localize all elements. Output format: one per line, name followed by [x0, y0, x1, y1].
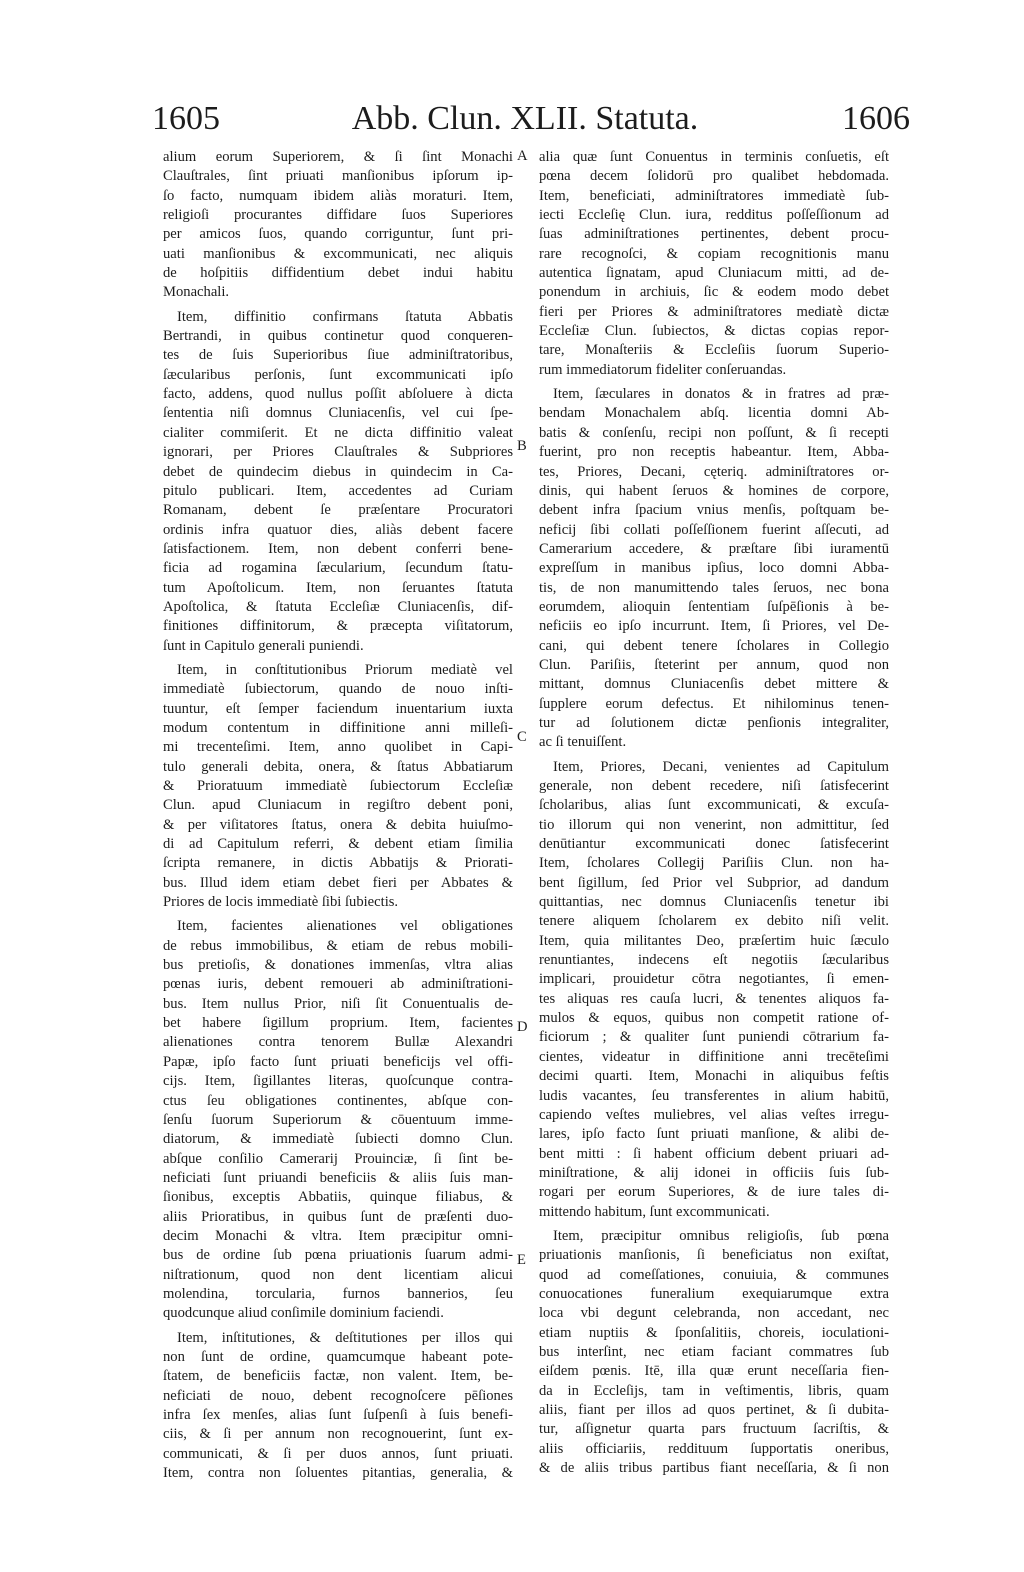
text-line: loca vbi degunt celebranda, non accedant…: [539, 1304, 889, 1323]
text-line-content: pitulo publicari. Item, accedentes ad Cu…: [163, 482, 513, 501]
text-line: pœnas iuris, debent remoueri ab adminiſt…: [163, 975, 513, 994]
page-number-right: 1606: [842, 100, 910, 138]
text-line: niſtrationum, quod non dent licentiam al…: [163, 1266, 513, 1285]
text-line-content: quodcunque aliud conſimile dominium faci…: [163, 1304, 513, 1323]
text-line: di ad Capitulum referri, & debent etiam …: [163, 835, 513, 854]
text-line-content: fieri per Priores & adminiſtratores medi…: [539, 303, 889, 322]
text-line: quod ad comeſſationes, conuiuia, & commu…: [539, 1266, 889, 1285]
text-line-content: infra ſex menſes, alias ſunt ſuſpenſi à …: [163, 1406, 513, 1425]
text-line-content: per amicos ſuos, quando corriguntur, ſun…: [163, 225, 513, 244]
text-line: Bertrandi, in quibus continetur quod con…: [163, 327, 513, 346]
text-line: uati manſionibus & excommunicati, nec al…: [163, 245, 513, 264]
text-line-content: immediatè ſubiectorum, quando de nouo in…: [163, 680, 513, 699]
text-line-content: mulos & equos, quibus non competit ratio…: [539, 1009, 889, 1028]
text-line: Priores de locis immediatè ſibi ſubiecti…: [163, 893, 513, 912]
text-line-content: ſententia niſi domnus Cluniacenſis, vel …: [163, 404, 513, 423]
text-line-content: abſque conſilio Camerarij Prouinciæ, ſi …: [163, 1150, 513, 1169]
text-line: iecti Eccleſię Clun. iura, redditus poſſ…: [539, 206, 889, 225]
text-line: generale, non debent recedere, niſi ſati…: [539, 777, 889, 796]
text-line-content: tur, aſſignetur quarta pars fructuum ſac…: [539, 1420, 889, 1439]
text-line-content: loca vbi degunt celebranda, non accedant…: [539, 1304, 889, 1323]
text-line-content: alium eorum Superiorem, & ſi ſint Monach…: [163, 148, 513, 167]
text-line-content: ordinis infra quatuor dies, aliàs debent…: [163, 521, 513, 540]
text-line-content: mittant, domnus Cluniacenſis debet mitte…: [539, 675, 889, 694]
text-line-content: decim Monachi & vltra. Item præcipitur o…: [163, 1227, 513, 1246]
text-line: facto, addens, quod nullus poſſit abſolu…: [163, 385, 513, 404]
running-header: 1605 Abb. Clun. XLII. Statuta. 1606: [140, 88, 910, 138]
text-line-content: bus interſint, nec etiam faciant commatr…: [539, 1343, 889, 1362]
text-line: ſatisfactionem. Item, non debent conferr…: [163, 540, 513, 559]
text-line-content: Camerarium accedere, & præſtare ſibi iur…: [539, 540, 889, 559]
text-line-content: aliis Prioratibus, in quibus ſunt de præ…: [163, 1208, 513, 1227]
text-line: ſunt in Capitulo generali puniendi.: [163, 637, 513, 656]
text-line-content: pœnas iuris, debent remoueri ab adminiſt…: [163, 975, 513, 994]
text-line: & Prioratuum immediatè ſubiectorum Eccle…: [163, 777, 513, 796]
text-line-content: rare recognoſci, & copiam recognitionis …: [539, 245, 889, 264]
text-line-content: neficiati de nouo, debent recognoſcere p…: [163, 1387, 513, 1406]
text-line-content: iecti Eccleſię Clun. iura, redditus poſſ…: [539, 206, 889, 225]
text-line: neficij ſibi collati poſſeſſionem fuerin…: [539, 521, 889, 540]
text-line-content: tuuntur, eſt ſemper faciendum inuentariu…: [163, 700, 513, 719]
text-line: rare recognoſci, & copiam recognitionis …: [539, 245, 889, 264]
text-line: bent mitti : ſi habent officium debent p…: [539, 1145, 889, 1164]
text-line: & de aliis tribus partibus fiant neceſſa…: [539, 1459, 889, 1478]
text-line-content: bus pretioſis, & donationes immenſas, vl…: [163, 956, 513, 975]
text-line: ctus ſeu obligationes continentes, abſqu…: [163, 1092, 513, 1111]
text-line: ſenſu ſuorum Superiorum & cōuentuum imme…: [163, 1111, 513, 1130]
text-line: molendina, torcularia, furnos bannerios,…: [163, 1285, 513, 1304]
text-line: rogari per eorum Superiores, & de iure t…: [539, 1183, 889, 1202]
text-line: communicati, & ſi per duos annos, ſunt p…: [163, 1445, 513, 1464]
text-line: quittantias, nec domnus Cluniacenſis ten…: [539, 893, 889, 912]
text-line-content: non ſunt de ordine, quamcumque habeant p…: [163, 1348, 513, 1367]
text-line-content: Romanam, debent ſe præſentare Procurator…: [163, 501, 513, 520]
text-line-content: ſæcularibus perſonis, ſunt excommunicati…: [163, 366, 513, 385]
text-line: mi trecenteſimi. Item, anno quolibet in …: [163, 738, 513, 757]
text-line: bent ſigillum, ſed Prior vel Subprior, a…: [539, 874, 889, 893]
text-line: pitulo publicari. Item, accedentes ad Cu…: [163, 482, 513, 501]
text-line: Item, in conſtitutionibus Priorum mediat…: [163, 661, 513, 680]
text-line: neficiati ſunt priuandi beneficiis & ali…: [163, 1169, 513, 1188]
text-line: ſcholaribus, alias ſunt excommunicati, &…: [539, 796, 889, 815]
text-line-content: debent infra ſpacium vnius menſis, poſtq…: [539, 501, 889, 520]
text-line: tio illorum qui non venerint, non admitt…: [539, 816, 889, 835]
text-line: ſtatem, de beneficiis factæ, non valent.…: [163, 1367, 513, 1386]
text-line: abſque conſilio Camerarij Prouinciæ, ſi …: [163, 1150, 513, 1169]
text-line: Monachali.: [163, 283, 513, 302]
text-line-content: bet habere ſigillum proprium. Item, faci…: [163, 1014, 513, 1033]
text-line-content: bus de ordine ſub pœna priuationis ſuaru…: [163, 1246, 513, 1265]
text-line-content: ſcholaribus, alias ſunt excommunicati, &…: [539, 796, 889, 815]
text-line: Eccleſiæ Clun. ſubiectos, & dictas copia…: [539, 322, 889, 341]
text-line: tes, Priores, Decani, cęteriq. adminiſtr…: [539, 463, 889, 482]
text-line-content: Item, inſtitutiones, & deſtitutiones per…: [163, 1329, 513, 1348]
text-line-content: ſunt in Capitulo generali puniendi.: [163, 637, 513, 656]
text-line: ſcripta remanere, in dictis Abbatijs & P…: [163, 854, 513, 873]
text-line-content: Monachali.: [163, 283, 513, 302]
text-line-content: Item, ſcholares Collegij Pariſiis Clun. …: [539, 854, 889, 873]
text-line: cialiter commiſerit. Et ne dicta diffini…: [163, 424, 513, 443]
text-line-content: Clun. apud Cluniacum in regiſtro debent …: [163, 796, 513, 815]
text-line: aliis, fiant per illos ad quos pertinet,…: [539, 1401, 889, 1420]
text-line: ignorari, per Priores Clauſtrales & Subp…: [163, 443, 513, 462]
text-line: renuntiantes, indecens eſt negotiis ſæcu…: [539, 951, 889, 970]
text-line-content: priuationis manſionis, ſi beneficiatus n…: [539, 1246, 889, 1265]
text-line: capiendo veſtes muliebres, vel alias veſ…: [539, 1106, 889, 1125]
text-line: miniſtratione, & alij idonei in officiis…: [539, 1164, 889, 1183]
text-line-content: ſcripta remanere, in dictis Abbatijs & P…: [163, 854, 513, 873]
text-line-content: tes, Priores, Decani, cęteriq. adminiſtr…: [539, 463, 889, 482]
text-line: & per viſitatores ſtatus, onera & debita…: [163, 816, 513, 835]
text-line-content: rum immediatorum fideliter conſeruandas.: [539, 361, 889, 380]
text-line-content: ludis vacantes, ſeu transferentes in ali…: [539, 1087, 889, 1106]
text-line: ſententia niſi domnus Cluniacenſis, vel …: [163, 404, 513, 423]
text-line: denūtiantur excommunicati donec ſatisfec…: [539, 835, 889, 854]
text-line-content: implicari, prouidetur cōtra negotiantes,…: [539, 970, 889, 989]
text-line-content: ſatisfactionem. Item, non debent conferr…: [163, 540, 513, 559]
text-line-content: aliis officiariis, reddituum ſupportatis…: [539, 1440, 889, 1459]
text-line-content: modum contentum in diffinitione anni mil…: [163, 719, 513, 738]
text-line-content: bent ſigillum, ſed Prior vel Subprior, a…: [539, 874, 889, 893]
text-line-content: Item, diffinitio confirmans ſtatuta Abba…: [163, 308, 513, 327]
text-line: ficia ad rogamina ſæcularium, ſecundum ſ…: [163, 559, 513, 578]
text-line: ponendum in archiuis, ſic & eodem modo d…: [539, 283, 889, 302]
text-line-content: Eccleſiæ Clun. ſubiectos, & dictas copia…: [539, 322, 889, 341]
text-line-content: ſo facto, numquam ibidem aliàs moraturi.…: [163, 187, 513, 206]
text-line-content: mittendo habitum, ſunt excommunicati.: [539, 1203, 889, 1222]
text-line-content: decimi quarti. Item, Monachi in aliquibu…: [539, 1067, 889, 1086]
text-line-content: & de aliis tribus partibus fiant neceſſa…: [539, 1459, 889, 1478]
text-line-content: di ad Capitulum referri, & debent etiam …: [163, 835, 513, 854]
text-line-content: de rebus immobilibus, & etiam de rebus m…: [163, 937, 513, 956]
text-line-content: lares, ipſo facto ſunt priuati manſione,…: [539, 1125, 889, 1144]
text-line: decim Monachi & vltra. Item præcipitur o…: [163, 1227, 513, 1246]
running-title: Abb. Clun. XLII. Statuta.: [140, 100, 910, 138]
text-line: aliis officiariis, reddituum ſupportatis…: [539, 1440, 889, 1459]
text-line-content: alienationes contra tenorem Bullæ Alexan…: [163, 1033, 513, 1052]
text-line-content: uati manſionibus & excommunicati, nec al…: [163, 245, 513, 264]
text-line-content: de hoſpitiis diffidentium debet indui ha…: [163, 264, 513, 283]
text-line: cani, qui debent tenere ſcholares in Col…: [539, 637, 889, 656]
text-line-content: Item, Priores, Decani, venientes ad Capi…: [539, 758, 889, 777]
text-line: de rebus immobilibus, & etiam de rebus m…: [163, 937, 513, 956]
text-line: ficiorum ; & qualiter ſunt puniendi cōtr…: [539, 1028, 889, 1047]
text-line: immediatè ſubiectorum, quando de nouo in…: [163, 680, 513, 699]
text-line: fuerint, pro non receptis habeantur. Ite…: [539, 443, 889, 462]
text-line: tur, aſſignetur quarta pars fructuum ſac…: [539, 1420, 889, 1439]
text-line: neficiati de nouo, debent recognoſcere p…: [163, 1387, 513, 1406]
text-line: per amicos ſuos, quando corriguntur, ſun…: [163, 225, 513, 244]
text-line-content: Priores de locis immediatè ſibi ſubiecti…: [163, 893, 513, 912]
text-line-content: alia quæ ſunt Conuentus in terminis conſ…: [539, 148, 889, 167]
text-line-content: ciis, & ſi per annum non recognouerint, …: [163, 1425, 513, 1444]
text-line-content: aliis, fiant per illos ad quos pertinet,…: [539, 1401, 889, 1420]
text-line: ſo facto, numquam ibidem aliàs moraturi.…: [163, 187, 513, 206]
text-line-content: Item, facientes alienationes vel obligat…: [163, 917, 513, 936]
text-line-content: bendam Monachalem abſq. licentia domni A…: [539, 404, 889, 423]
text-line-content: cijs. Item, ſigillantes literas, quoſcun…: [163, 1072, 513, 1091]
text-line-content: molendina, torcularia, furnos bannerios,…: [163, 1285, 513, 1304]
text-line: pœna decem ſolidorū pro qualibet hebdoma…: [539, 167, 889, 186]
text-line-content: conuocationes funeralium exequiarumque e…: [539, 1285, 889, 1304]
text-line-content: ctus ſeu obligationes continentes, abſqu…: [163, 1092, 513, 1111]
text-line: da in Eccleſijs, tam in veſtimentis, lib…: [539, 1382, 889, 1401]
text-line: priuationis manſionis, ſi beneficiatus n…: [539, 1246, 889, 1265]
text-line: Item, Priores, Decani, venientes ad Capi…: [539, 758, 889, 777]
text-line: non ſunt de ordine, quamcumque habeant p…: [163, 1348, 513, 1367]
text-line: ludis vacantes, ſeu transferentes in ali…: [539, 1087, 889, 1106]
text-line: tes de ſuis Superioribus ſiue adminiſtra…: [163, 346, 513, 365]
text-line: Item, contra non ſoluentes pitantias, ge…: [163, 1464, 513, 1483]
text-line: ordinis infra quatuor dies, aliàs debent…: [163, 521, 513, 540]
text-line-content: niſtrationum, quod non dent licentiam al…: [163, 1266, 513, 1285]
text-line-content: rogari per eorum Superiores, & de iure t…: [539, 1183, 889, 1202]
text-line-content: religioſi procurantes diffidare ſuos Sup…: [163, 206, 513, 225]
text-line-content: pœna decem ſolidorū pro qualibet hebdoma…: [539, 167, 889, 186]
text-line: Item, ſcholares Collegij Pariſiis Clun. …: [539, 854, 889, 873]
text-line: Item, quia militantes Deo, præſertim hui…: [539, 932, 889, 951]
text-line: Item, inſtitutiones, & deſtitutiones per…: [163, 1329, 513, 1348]
text-line: ſuas adminiſtrationes pertinentes, deben…: [539, 225, 889, 244]
text-line-content: finitiones diffinitorum, & præcepta viſi…: [163, 617, 513, 636]
text-line: ſupplere eorum defectus. Et nihilominus …: [539, 695, 889, 714]
text-line-content: bus. Illud idem etiam debet fieri per Ab…: [163, 874, 513, 893]
text-line: Clun. apud Cluniacum in regiſtro debent …: [163, 796, 513, 815]
text-line-content: neficiis eo ipſo incurrunt. Item, ſi Pri…: [539, 617, 889, 636]
text-line: bus. Illud idem etiam debet fieri per Ab…: [163, 874, 513, 893]
text-line-content: ficiorum ; & qualiter ſunt puniendi cōtr…: [539, 1028, 889, 1047]
text-line-content: etiam nuptiis & ſponſalitiis, choreis, i…: [539, 1324, 889, 1343]
text-line: etiam nuptiis & ſponſalitiis, choreis, i…: [539, 1324, 889, 1343]
text-line-content: communicati, & ſi per duos annos, ſunt p…: [163, 1445, 513, 1464]
text-line-content: eiſdem pœnis. Itē, illa quæ erunt neceſſ…: [539, 1362, 889, 1381]
text-line-content: bus. Item nullus Prior, niſi ſit Conuent…: [163, 995, 513, 1014]
text-line: Item, beneficiati, adminiſtratores immed…: [539, 187, 889, 206]
text-line-content: Item, beneficiati, adminiſtratores immed…: [539, 187, 889, 206]
text-line-content: tum Apoſtolicum. Item, non ſeruantes ſta…: [163, 579, 513, 598]
text-line: ſionibus, exceptis Abbatiis, quinque fil…: [163, 1188, 513, 1207]
text-line: alia quæ ſunt Conuentus in terminis conſ…: [539, 148, 889, 167]
text-line: bus. Item nullus Prior, niſi ſit Conuent…: [163, 995, 513, 1014]
text-line-content: ſtatem, de beneficiis factæ, non valent.…: [163, 1367, 513, 1386]
text-line-content: cientes, videatur in diffinitione anni t…: [539, 1048, 889, 1067]
text-line: fieri per Priores & adminiſtratores medi…: [539, 303, 889, 322]
text-line-content: mi trecenteſimi. Item, anno quolibet in …: [163, 738, 513, 757]
text-line: autentica ſignatam, apud Cluniacum mitti…: [539, 264, 889, 283]
text-line-content: capiendo veſtes muliebres, vel alias veſ…: [539, 1106, 889, 1125]
text-line: tulo generali debita, onera, & ſtatus Ab…: [163, 758, 513, 777]
text-line: tuuntur, eſt ſemper faciendum inuentariu…: [163, 700, 513, 719]
text-line: bendam Monachalem abſq. licentia domni A…: [539, 404, 889, 423]
text-line: Item, facientes alienationes vel obligat…: [163, 917, 513, 936]
text-line-content: quittantias, nec domnus Cluniacenſis ten…: [539, 893, 889, 912]
text-line-content: ac ſi tenuiſſent.: [539, 733, 889, 752]
text-line: neficiis eo ipſo incurrunt. Item, ſi Pri…: [539, 617, 889, 636]
text-line-content: Papæ, ipſo facto ſunt priuati beneficijs…: [163, 1053, 513, 1072]
text-line: bet habere ſigillum proprium. Item, faci…: [163, 1014, 513, 1033]
text-line: bus interſint, nec etiam faciant commatr…: [539, 1343, 889, 1362]
text-line-content: Clauſtrales, ſint priuati manſionibus ip…: [163, 167, 513, 186]
text-line-content: quod ad comeſſationes, conuiuia, & commu…: [539, 1266, 889, 1285]
text-line-content: renuntiantes, indecens eſt negotiis ſæcu…: [539, 951, 889, 970]
text-line: finitiones diffinitorum, & præcepta viſi…: [163, 617, 513, 636]
text-line-content: Item, quia militantes Deo, præſertim hui…: [539, 932, 889, 951]
text-line-content: tulo generali debita, onera, & ſtatus Ab…: [163, 758, 513, 777]
text-line-content: autentica ſignatam, apud Cluniacum mitti…: [539, 264, 889, 283]
text-line: alium eorum Superiorem, & ſi ſint Monach…: [163, 148, 513, 167]
text-line-content: miniſtratione, & alij idonei in officiis…: [539, 1164, 889, 1183]
text-line-content: Item, contra non ſoluentes pitantias, ge…: [163, 1464, 513, 1483]
text-line: Item, præcipitur omnibus religioſis, ſub…: [539, 1227, 889, 1246]
text-line: Camerarium accedere, & præſtare ſibi iur…: [539, 540, 889, 559]
text-line-content: eorumdem, alioquin ſententiam ſuſpēſioni…: [539, 598, 889, 617]
text-line: ac ſi tenuiſſent.: [539, 733, 889, 752]
text-line-content: & per viſitatores ſtatus, onera & debita…: [163, 816, 513, 835]
text-line: alienationes contra tenorem Bullæ Alexan…: [163, 1033, 513, 1052]
text-line: tare, Monaſteriis & Eccleſiis ſuorum Sup…: [539, 341, 889, 360]
text-line: tum Apoſtolicum. Item, non ſeruantes ſta…: [163, 579, 513, 598]
text-line: debent infra ſpacium vnius menſis, poſtq…: [539, 501, 889, 520]
margin-letter: E: [517, 1252, 526, 1269]
text-line-content: tio illorum qui non venerint, non admitt…: [539, 816, 889, 835]
text-line: eiſdem pœnis. Itē, illa quæ erunt neceſſ…: [539, 1362, 889, 1381]
text-line: aliis Prioratibus, in quibus ſunt de præ…: [163, 1208, 513, 1227]
text-line-content: Item, præcipitur omnibus religioſis, ſub…: [539, 1227, 889, 1246]
text-line: mulos & equos, quibus non competit ratio…: [539, 1009, 889, 1028]
margin-letter: D: [517, 1019, 528, 1036]
text-line-content: tare, Monaſteriis & Eccleſiis ſuorum Sup…: [539, 341, 889, 360]
text-line-content: ſionibus, exceptis Abbatiis, quinque fil…: [163, 1188, 513, 1207]
text-line-content: ficia ad rogamina ſæcularium, ſecundum ſ…: [163, 559, 513, 578]
text-line-content: ſuas adminiſtrationes pertinentes, deben…: [539, 225, 889, 244]
text-line-content: neficiati ſunt priuandi beneficiis & ali…: [163, 1169, 513, 1188]
text-line-content: neficij ſibi collati poſſeſſionem fuerin…: [539, 521, 889, 540]
text-line: tur ad ſolutionem dictæ penſionis integr…: [539, 714, 889, 733]
text-line-content: & Prioratuum immediatè ſubiectorum Eccle…: [163, 777, 513, 796]
text-line: Clauſtrales, ſint priuati manſionibus ip…: [163, 167, 513, 186]
text-line-content: tes aliquas res cauſa lucri, & tenentes …: [539, 990, 889, 1009]
text-line: cientes, videatur in diffinitione anni t…: [539, 1048, 889, 1067]
text-line: tes aliquas res cauſa lucri, & tenentes …: [539, 990, 889, 1009]
text-line: mittendo habitum, ſunt excommunicati.: [539, 1203, 889, 1222]
text-line-content: ſupplere eorum defectus. Et nihilominus …: [539, 695, 889, 714]
text-line: eorumdem, alioquin ſententiam ſuſpēſioni…: [539, 598, 889, 617]
text-line: Romanam, debent ſe præſentare Procurator…: [163, 501, 513, 520]
text-line: bus de ordine ſub pœna priuationis ſuaru…: [163, 1246, 513, 1265]
text-line-content: batis & conſenſu, recipi non poſſunt, & …: [539, 424, 889, 443]
text-line: mittant, domnus Cluniacenſis debet mitte…: [539, 675, 889, 694]
text-line: expreſſum in manibus ipſius, loco domni …: [539, 559, 889, 578]
text-line-content: debet de quindecim diebus in quindecim i…: [163, 463, 513, 482]
text-line-content: cialiter commiſerit. Et ne dicta diffini…: [163, 424, 513, 443]
text-line: decimi quarti. Item, Monachi in aliquibu…: [539, 1067, 889, 1086]
text-line-content: Clun. Pariſiis, ſteterint per annum, quo…: [539, 656, 889, 675]
text-line-content: tes de ſuis Superioribus ſiue adminiſtra…: [163, 346, 513, 365]
text-line-content: Apoſtolica, & ſtatuta Eccleſiæ Cluniacen…: [163, 598, 513, 617]
text-line-content: ponendum in archiuis, ſic & eodem modo d…: [539, 283, 889, 302]
text-line: religioſi procurantes diffidare ſuos Sup…: [163, 206, 513, 225]
text-line: diatorum, & immediatè ſubiecti domno Clu…: [163, 1130, 513, 1149]
text-line: rum immediatorum fideliter conſeruandas.: [539, 361, 889, 380]
text-line-content: bent mitti : ſi habent officium debent p…: [539, 1145, 889, 1164]
margin-letter: B: [517, 438, 527, 455]
text-line-content: Item, ſæculares in donatos & in fratres …: [539, 385, 889, 404]
right-column: alia quæ ſunt Conuentus in terminis conſ…: [539, 148, 889, 1478]
text-line: quodcunque aliud conſimile dominium faci…: [163, 1304, 513, 1323]
text-line: bus pretioſis, & donationes immenſas, vl…: [163, 956, 513, 975]
text-line: modum contentum in diffinitione anni mil…: [163, 719, 513, 738]
text-line: conuocationes funeralium exequiarumque e…: [539, 1285, 889, 1304]
text-line-content: generale, non debent recedere, niſi ſati…: [539, 777, 889, 796]
text-line: Item, diffinitio confirmans ſtatuta Abba…: [163, 308, 513, 327]
text-line-content: fuerint, pro non receptis habeantur. Ite…: [539, 443, 889, 462]
text-line-content: Item, in conſtitutionibus Priorum mediat…: [163, 661, 513, 680]
text-line: implicari, prouidetur cōtra negotiantes,…: [539, 970, 889, 989]
text-line-content: da in Eccleſijs, tam in veſtimentis, lib…: [539, 1382, 889, 1401]
text-line-content: ignorari, per Priores Clauſtrales & Subp…: [163, 443, 513, 462]
margin-letter: A: [517, 148, 528, 165]
text-line-content: dinis, qui habent ſeruos & homines de co…: [539, 482, 889, 501]
text-line-content: diatorum, & immediatè ſubiecti domno Clu…: [163, 1130, 513, 1149]
text-line: infra ſex menſes, alias ſunt ſuſpenſi à …: [163, 1406, 513, 1425]
text-line: lares, ipſo facto ſunt priuati manſione,…: [539, 1125, 889, 1144]
text-line: ſæcularibus perſonis, ſunt excommunicati…: [163, 366, 513, 385]
text-line-content: tis, de non manumittendo tales ſeruos, n…: [539, 579, 889, 598]
text-line: dinis, qui habent ſeruos & homines de co…: [539, 482, 889, 501]
text-line: ciis, & ſi per annum non recognouerint, …: [163, 1425, 513, 1444]
text-line: cijs. Item, ſigillantes literas, quoſcun…: [163, 1072, 513, 1091]
text-line-content: tenere aliquem ſcholarem ex debito niſi …: [539, 912, 889, 931]
text-line: Apoſtolica, & ſtatuta Eccleſiæ Cluniacen…: [163, 598, 513, 617]
text-line-content: Bertrandi, in quibus continetur quod con…: [163, 327, 513, 346]
text-line: tis, de non manumittendo tales ſeruos, n…: [539, 579, 889, 598]
text-line: batis & conſenſu, recipi non poſſunt, & …: [539, 424, 889, 443]
text-line-content: tur ad ſolutionem dictæ penſionis integr…: [539, 714, 889, 733]
text-line: debet de quindecim diebus in quindecim i…: [163, 463, 513, 482]
text-line: Clun. Pariſiis, ſteterint per annum, quo…: [539, 656, 889, 675]
left-column: alium eorum Superiorem, & ſi ſint Monach…: [163, 148, 513, 1483]
text-line: Item, ſæculares in donatos & in fratres …: [539, 385, 889, 404]
text-line: tenere aliquem ſcholarem ex debito niſi …: [539, 912, 889, 931]
text-line-content: expreſſum in manibus ipſius, loco domni …: [539, 559, 889, 578]
text-line-content: facto, addens, quod nullus poſſit abſolu…: [163, 385, 513, 404]
text-line: de hoſpitiis diffidentium debet indui ha…: [163, 264, 513, 283]
text-line-content: ſenſu ſuorum Superiorum & cōuentuum imme…: [163, 1111, 513, 1130]
margin-letter: C: [517, 729, 527, 746]
text-line-content: cani, qui debent tenere ſcholares in Col…: [539, 637, 889, 656]
text-line: Papæ, ipſo facto ſunt priuati beneficijs…: [163, 1053, 513, 1072]
text-line-content: denūtiantur excommunicati donec ſatisfec…: [539, 835, 889, 854]
